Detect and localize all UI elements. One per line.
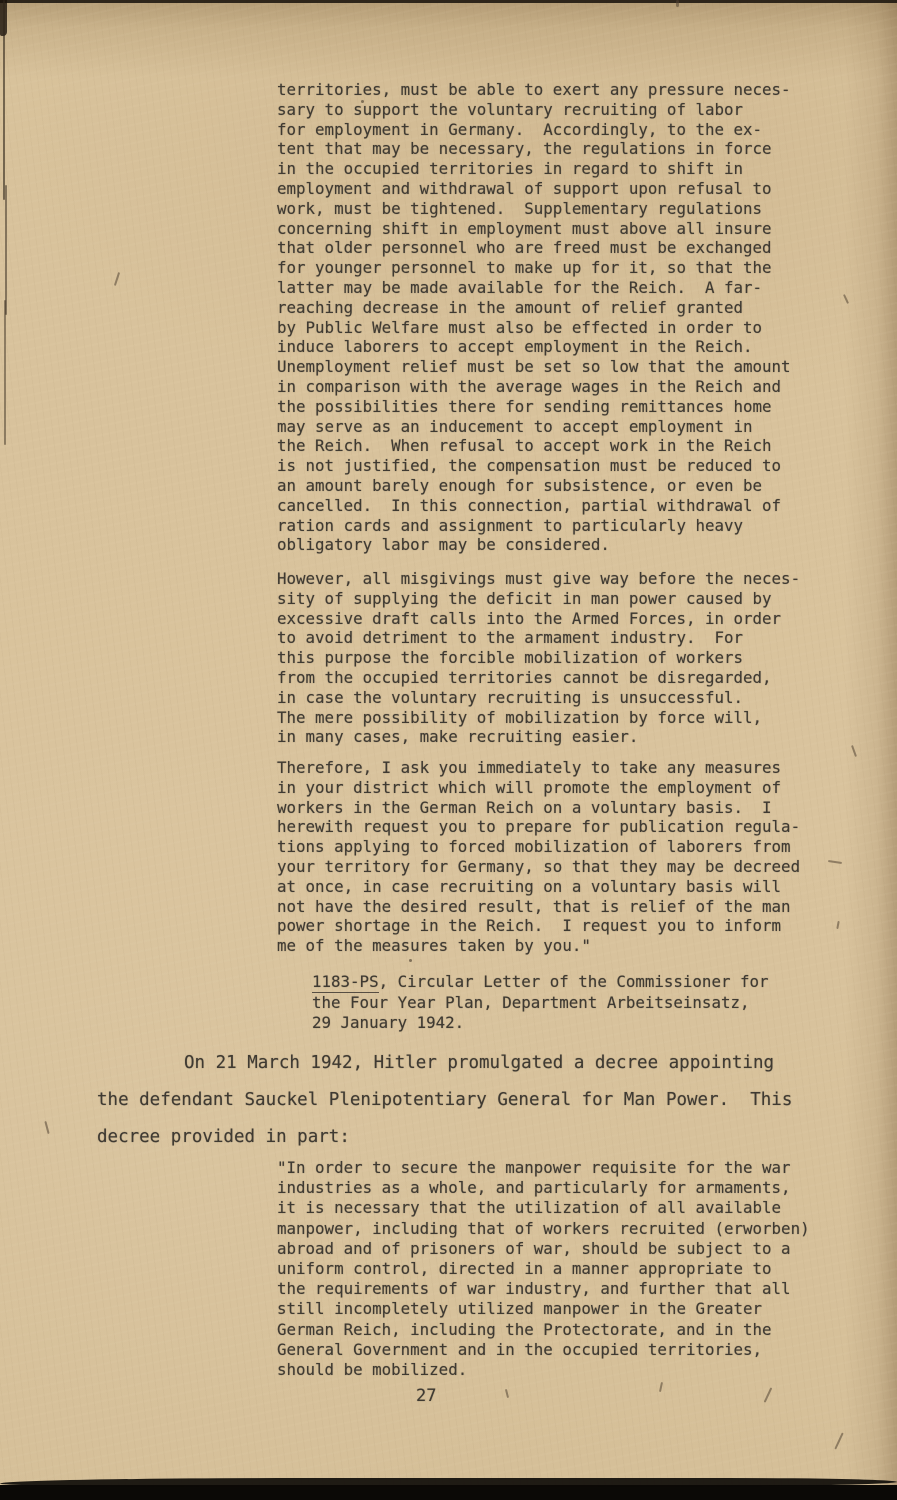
quote-paragraph-3: Therefore, I ask you immediately to take…	[277, 758, 867, 956]
ink-speck	[409, 959, 412, 962]
page-number: 27	[416, 1386, 436, 1406]
scan-edge-bottom	[0, 1485, 897, 1500]
ink-speck	[361, 100, 364, 103]
narrative-paragraph: On 21 March 1942, Hitler promulgated a d…	[97, 1045, 842, 1157]
quote-paragraph-1: territories, must be able to exert any p…	[277, 80, 867, 555]
scan-edge-left	[3, 0, 5, 200]
scanned-document-page: { "colors": { "paper": "#d8c29b", "ink":…	[0, 0, 897, 1500]
scan-edge-left	[4, 300, 6, 445]
scan-speck	[676, 0, 679, 7]
citation: 1183-PS, Circular Letter of the Commissi…	[312, 972, 872, 1034]
quote-block-2: "In order to secure the manpower requisi…	[277, 1158, 867, 1380]
citation-document-ref: 1183-PS	[312, 972, 379, 993]
citation-text: , Circular Letter of the Commissioner fo…	[312, 972, 769, 1032]
scan-edge-top	[0, 0, 897, 3]
scan-edge-left	[5, 185, 7, 315]
quote-paragraph-2: However, all misgivings must give way be…	[277, 569, 867, 747]
